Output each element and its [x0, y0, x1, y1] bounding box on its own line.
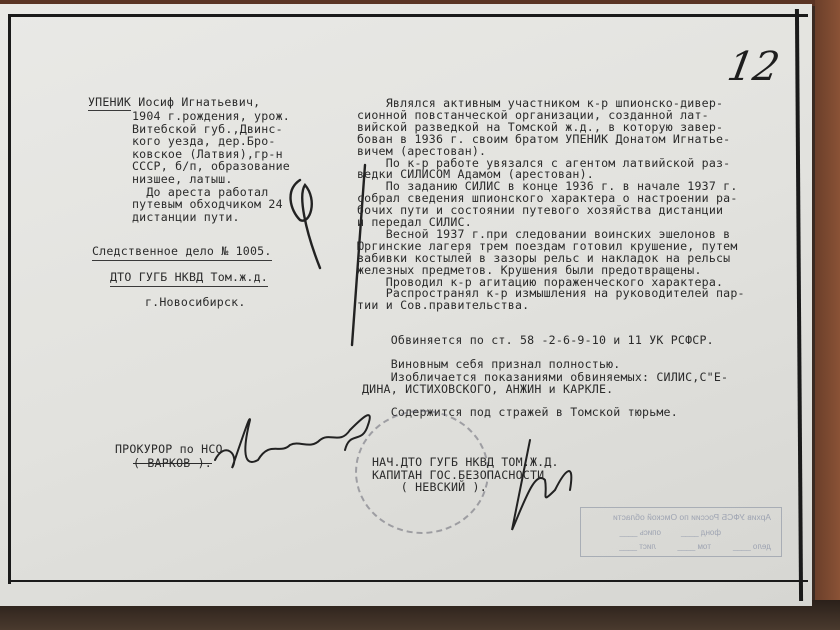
guilt-line: ДИНА, ИСТИХОВСКОГО, АНЖИН и КАРКЛЕ. [362, 383, 613, 397]
prosecutor-signature [215, 415, 370, 468]
biography-line: дистанции пути. [132, 211, 240, 225]
accusation-line: тии и Сов.правительства. [357, 299, 529, 313]
handwritten-mark-left [291, 180, 320, 268]
handwritten-marks [0, 0, 840, 630]
chief-line: ( НЕВСКИЙ ). [372, 481, 487, 495]
chief-signature [512, 440, 571, 530]
